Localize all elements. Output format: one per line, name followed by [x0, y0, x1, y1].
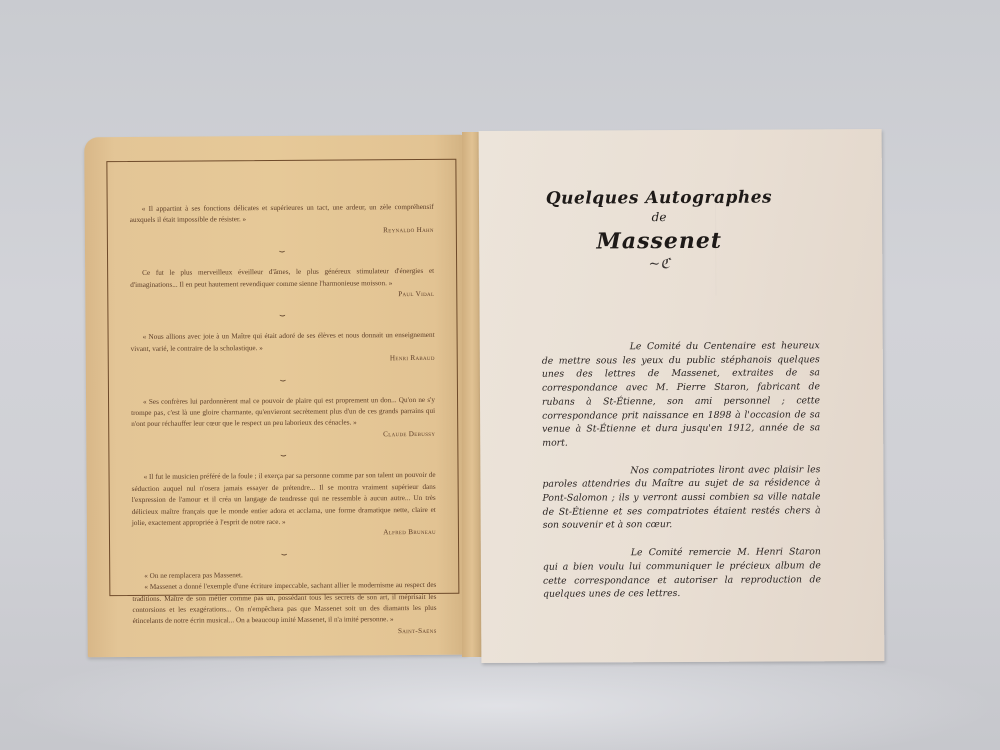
right-page: Quelques Autographes de Massenet ~ℭ Le C…: [479, 129, 885, 663]
quote-text: « Il fut le musicien préféré de la foule…: [132, 470, 436, 529]
left-page: « Il appartint à ses fonctions délicates…: [84, 135, 468, 658]
quote-text: « Massenet a donné l'exemple d'une écrit…: [132, 580, 436, 628]
quote-author: Alfred Bruneau: [132, 527, 436, 541]
quote-rabaud: « Nous allions avec joie à un Maître qui…: [131, 330, 435, 366]
quote-saint-saens: « Massenet a donné l'exemple d'une écrit…: [132, 580, 436, 639]
paragraph: Le Comité du Centenaire est heureux de m…: [542, 339, 821, 450]
intro-text: Le Comité du Centenaire est heureux de m…: [542, 339, 821, 615]
title-line-3: Massenet: [539, 227, 779, 254]
ornament-icon: ⌣: [131, 450, 435, 462]
quote-author: Saint-Saëns: [133, 626, 437, 640]
title-line-2: de: [539, 209, 779, 224]
quote-debussy: « Ses confrères lui pardonnèrent mal ce …: [131, 395, 435, 443]
title-line-1: Quelques Autographes: [539, 187, 779, 208]
paragraph: Le Comité remercie M. Henri Staron qui a…: [543, 545, 821, 601]
ornament-icon: ⌣: [132, 549, 436, 561]
quotes-column: « Il appartint à ses fonctions délicates…: [107, 160, 458, 640]
quote-text: « Ses confrères lui pardonnèrent mal ce …: [131, 395, 435, 431]
page-frame-border: « Il appartint à ses fonctions délicates…: [106, 159, 459, 596]
quote-text: Ce fut le plus merveilleux éveilleur d'â…: [130, 266, 434, 291]
quote-text: « Nous allions avec joie à un Maître qui…: [131, 330, 435, 355]
quote-author: Reynaldo Hahn: [130, 225, 434, 239]
quote-author: Paul Vidal: [130, 289, 434, 303]
quote-text: « Il appartint à ses fonctions délicates…: [130, 202, 434, 227]
page-title: Quelques Autographes de Massenet ~ℭ: [539, 187, 779, 272]
quote-vidal: Ce fut le plus merveilleux éveilleur d'â…: [130, 266, 434, 302]
ornament-icon: ⌣: [130, 310, 434, 322]
quote-hahn: « Il appartint à ses fonctions délicates…: [130, 202, 434, 238]
ornament-icon: ⌣: [131, 375, 435, 387]
paragraph: Nos compatriotes liront avec plaisir les…: [542, 463, 820, 533]
quote-author: Henri Rabaud: [131, 353, 435, 367]
flourish-icon: ~ℭ: [539, 255, 779, 272]
ornament-icon: ⌣: [130, 246, 434, 258]
quote-author: Claude Debussy: [131, 429, 435, 443]
quote-bruneau: « Il fut le musicien préféré de la foule…: [132, 470, 436, 541]
